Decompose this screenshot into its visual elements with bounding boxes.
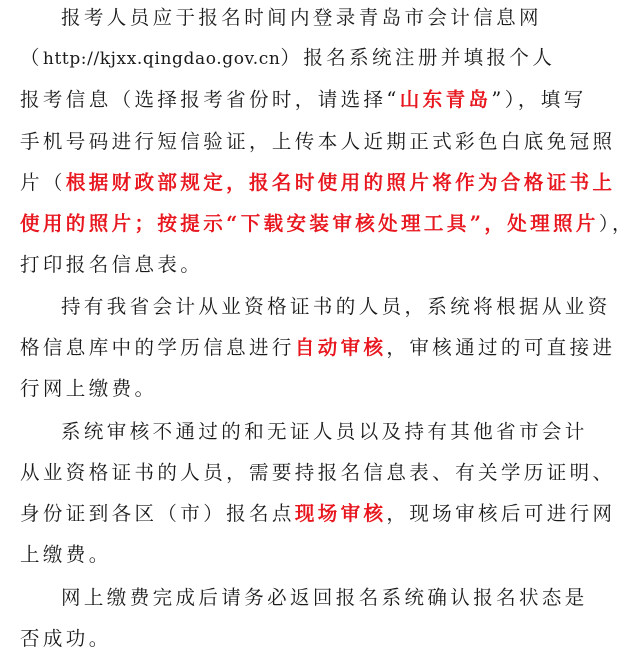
highlight-onsite-review: 现场审核: [295, 502, 387, 525]
text-line: 行网上缴费。: [20, 377, 157, 401]
text-run: ”），填写: [491, 88, 586, 111]
text-line: 身份证到各区（市）报名点现场审核，现场审核后可进行网: [20, 502, 615, 526]
text-line: 持有我省会计从业资格证书的人员，系统将根据从业资: [61, 295, 611, 319]
text-run: 格信息库中的学历信息进行: [20, 336, 295, 359]
highlight-auto-review: 自动审核: [295, 336, 387, 359]
text-run: 否成功。: [20, 627, 112, 650]
text-run: 身份证到各区（市）报名点: [20, 502, 295, 525]
text-line: 网上缴费完成后请务必返回报名系统确认报名状态是: [61, 586, 588, 610]
text-run: 网上缴费完成后请务必返回报名系统确认报名状态是: [61, 586, 588, 609]
text-run: 打印报名信息表。: [20, 253, 203, 276]
text-line: 格信息库中的学历信息进行自动审核，审核通过的可直接进: [20, 336, 615, 360]
text-run: 手机号码进行短信验证，上传本人近期正式彩色白底免冠照: [20, 130, 615, 153]
text-run: 从业资格证书的人员，需要持报名信息表、有关学历证明、: [20, 461, 615, 484]
text-line: 报考人员应于报名时间内登录青岛市会计信息网: [61, 6, 542, 30]
text-line: （http://kjxx.qingdao.gov.cn）报名系统注册并填报个人: [20, 46, 555, 71]
highlight-province: 山东青岛: [400, 88, 492, 111]
text-line: 报考信息（选择报考省份时，请选择“山东青岛”），填写: [20, 88, 587, 112]
text-run: ，现场审核后可进行网: [386, 502, 615, 525]
text-run: ），: [599, 212, 621, 235]
text-line: 使用的照片；按提示“下载安装审核处理工具”，处理照片），: [20, 212, 621, 236]
text-run: （: [20, 46, 43, 69]
text-line: 否成功。: [20, 627, 112, 651]
highlight-photo-rule: 根据财政部规定，报名时使用的照片将作为合格证书上: [66, 171, 616, 194]
text-run: 片（: [20, 171, 66, 194]
text-line: 从业资格证书的人员，需要持报名信息表、有关学历证明、: [20, 461, 615, 485]
text-line: 打印报名信息表。: [20, 253, 203, 277]
text-line: 片（根据财政部规定，报名时使用的照片将作为合格证书上: [20, 171, 615, 195]
text-run: 系统审核不通过的和无证人员以及持有其他省市会计: [61, 420, 588, 443]
highlight-photo-rule: 使用的照片；按提示“下载安装审核处理工具”，处理照片: [20, 212, 599, 235]
text-line: 上缴费。: [20, 543, 112, 567]
text-run: 报考人员应于报名时间内登录青岛市会计信息网: [61, 6, 542, 29]
text-run: ，审核通过的可直接进: [386, 336, 615, 359]
text-run: 行网上缴费。: [20, 377, 157, 400]
website-url-link[interactable]: http://kjxx.qingdao.gov.cn: [43, 49, 281, 69]
text-run: ）报名系统注册并填报个人: [280, 46, 555, 69]
text-run: 报考信息（选择报考省份时，请选择“: [20, 88, 400, 111]
text-line: 系统审核不通过的和无证人员以及持有其他省市会计: [61, 420, 588, 444]
text-line: 手机号码进行短信验证，上传本人近期正式彩色白底免冠照: [20, 130, 615, 154]
text-run: 上缴费。: [20, 543, 112, 566]
text-run: 持有我省会计从业资格证书的人员，系统将根据从业资: [61, 295, 611, 318]
